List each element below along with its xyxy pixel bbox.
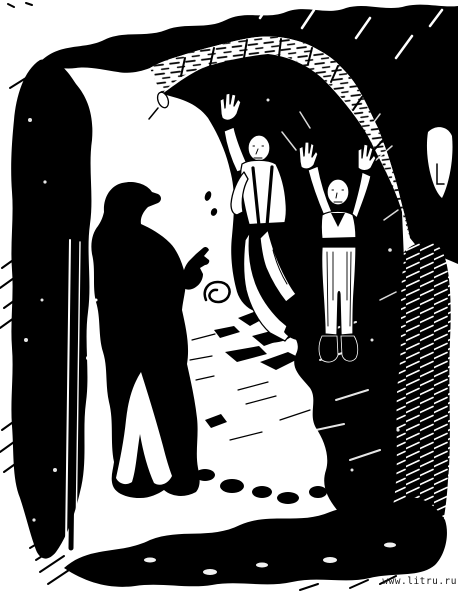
watermark-text: www.litru.ru (382, 576, 457, 587)
boy-left-face (248, 135, 270, 161)
stone (252, 486, 272, 498)
speckle (88, 370, 92, 374)
speckle (371, 339, 374, 342)
stone (309, 486, 327, 498)
speckle (348, 90, 351, 93)
speckle (43, 180, 46, 183)
speckle (28, 118, 32, 122)
speckle (41, 299, 44, 302)
foot-shadow (320, 363, 360, 381)
speckle (396, 428, 399, 431)
speckle (256, 563, 268, 568)
cave-illustration: www.litru.ru (0, 0, 458, 600)
stone (220, 479, 244, 493)
speckle (351, 469, 354, 472)
speckle (144, 558, 156, 563)
cave-left-wall (11, 59, 92, 558)
speckle (384, 543, 396, 548)
boy-right-face (327, 179, 349, 205)
speckle (86, 356, 90, 360)
boy-left-shirt (241, 160, 287, 228)
illustration-page: www.litru.ru (0, 0, 458, 600)
speckle (95, 299, 98, 302)
stone (277, 492, 299, 504)
speckle (32, 518, 35, 521)
speckle (203, 569, 217, 575)
speckle (53, 468, 57, 472)
speckle (388, 248, 392, 252)
speckle (323, 557, 337, 563)
speckle (24, 338, 28, 342)
speckle (267, 99, 270, 102)
boy-right-right-boot (341, 336, 358, 361)
boy-right-left-boot (319, 336, 338, 362)
boy-right-belt (320, 237, 357, 247)
